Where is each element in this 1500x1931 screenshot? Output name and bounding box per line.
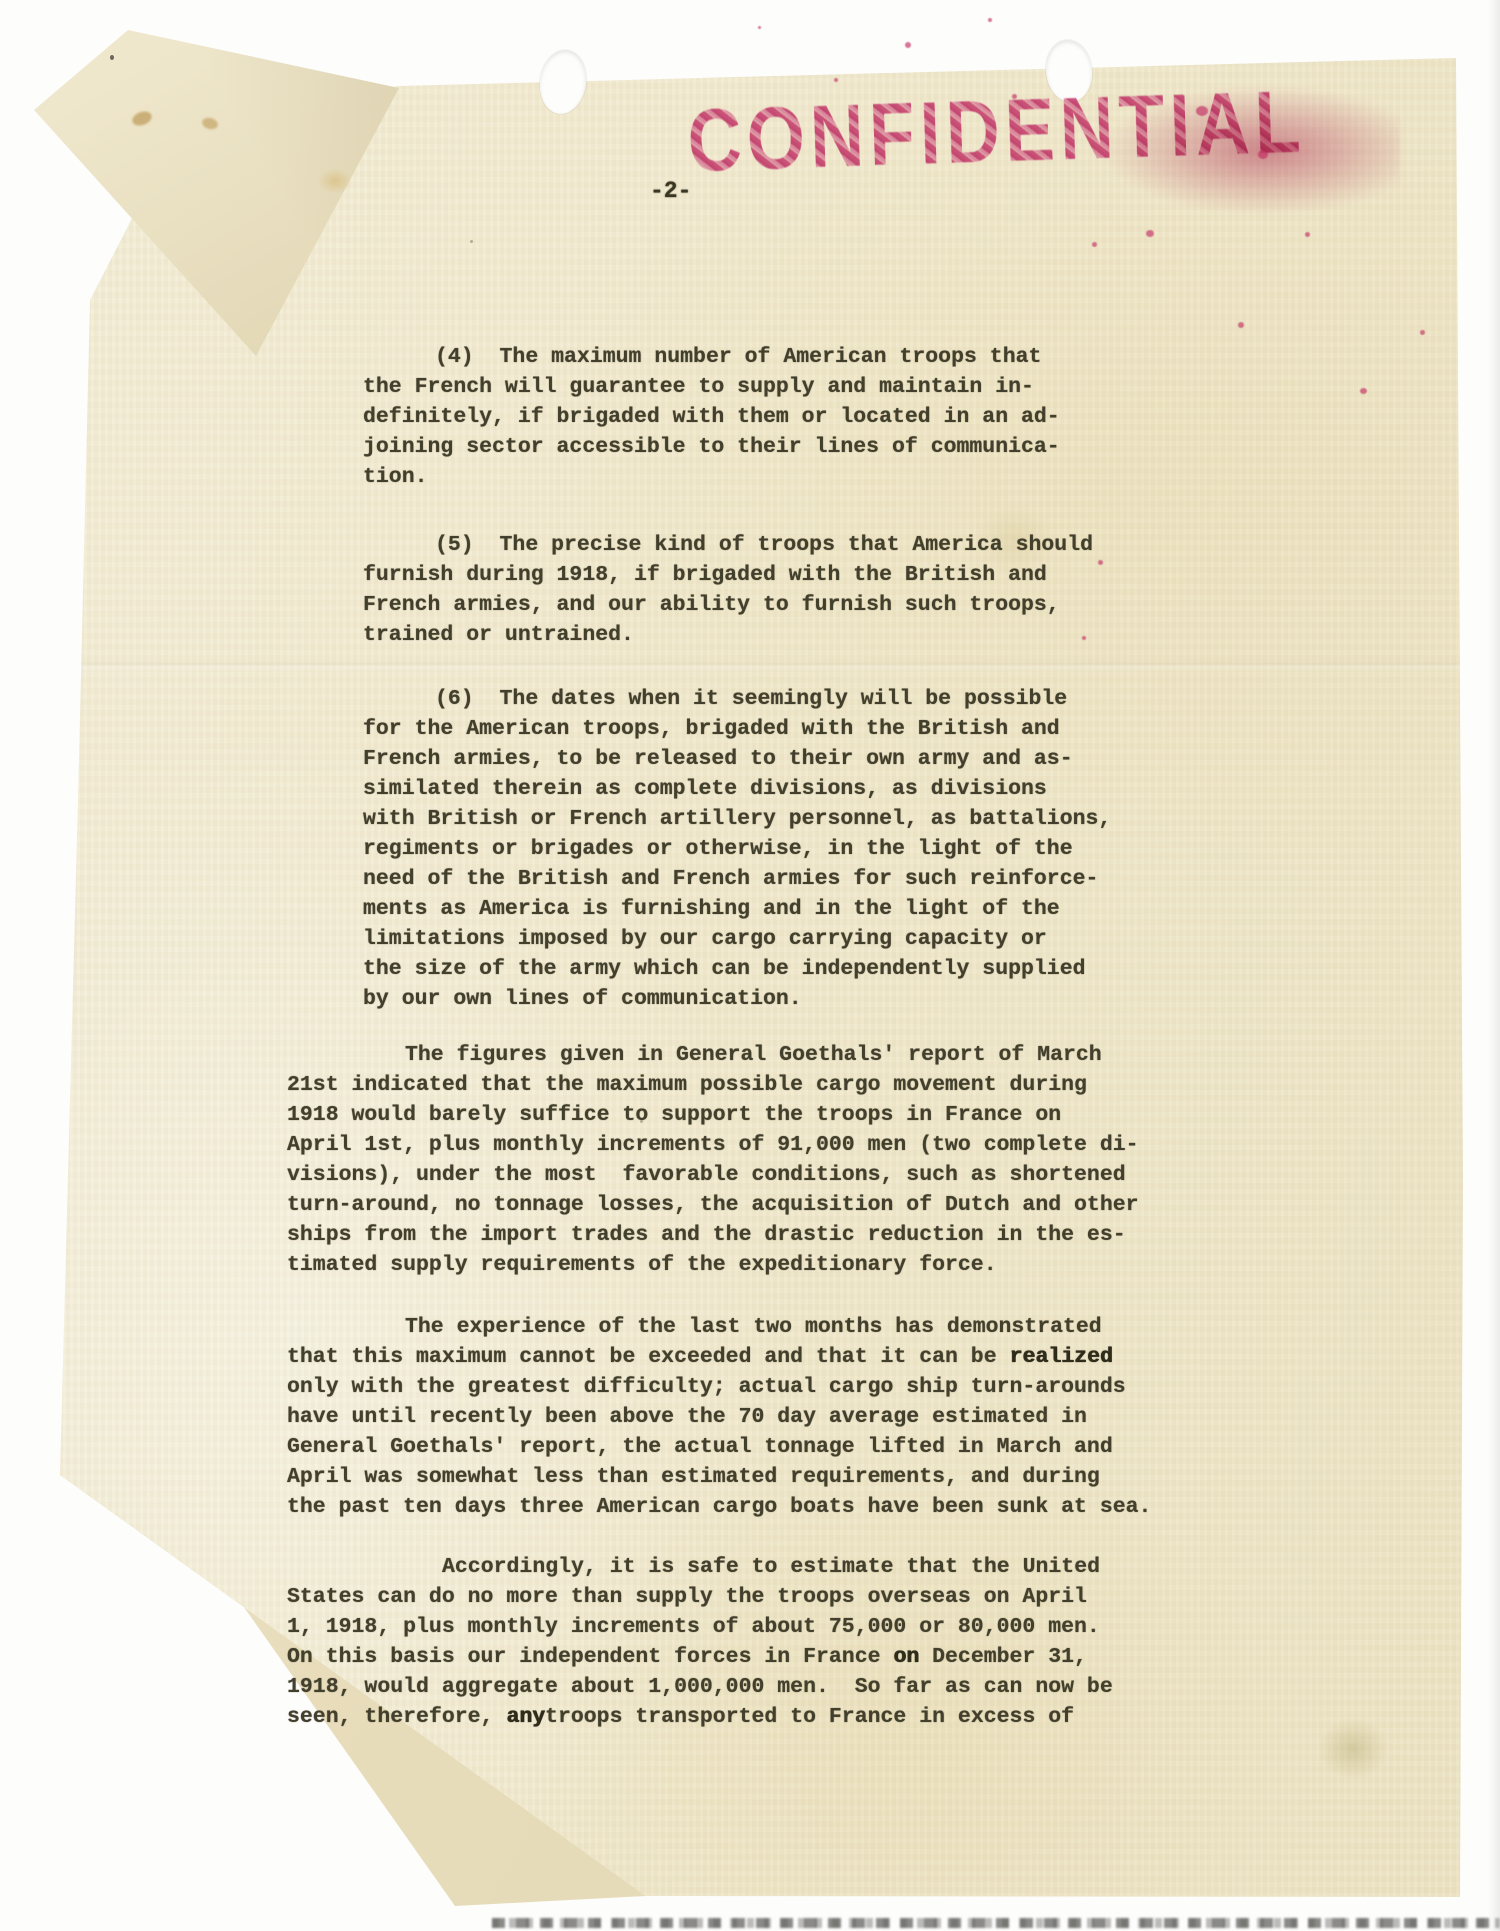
text-line: furnish during 1918, if brigaded with th… [363,560,1143,590]
paragraph-item-6: (6) The dates when it seemingly will be … [363,684,1143,1014]
text-line: French armies, to be released to their o… [363,744,1143,774]
text-line: April 1st, plus monthly increments of 91… [287,1130,1177,1160]
paragraph-item-5: (5) The precise kind of troops that Amer… [363,530,1143,650]
text-line: On this basis our independent forces in … [287,1642,1177,1672]
ink-splatter [1305,232,1310,237]
paragraph-item-4: (4) The maximum number of American troop… [363,342,1143,492]
paragraph-goethals-figures: The figures given in General Goethals' r… [287,1040,1177,1280]
ink-splatter [1082,636,1086,640]
text-line: limitations imposed by our cargo carryin… [363,924,1143,954]
text-line: need of the British and French armies fo… [363,864,1143,894]
text-line: (4) The maximum number of American troop… [363,342,1143,372]
text-line: General Goethals' report, the actual ton… [287,1432,1177,1462]
paragraph-accordingly: Accordingly, it is safe to estimate that… [287,1552,1177,1732]
text-line: for the American troops, brigaded with t… [363,714,1143,744]
text-line: timated supply requirements of the exped… [287,1250,1177,1280]
ink-splatter [905,42,911,48]
text-line: tion. [363,462,1143,492]
text-line: similated therein as complete divisions,… [363,774,1143,804]
scanned-document: -2- CONFIDENTIAL (4) The maximum number … [0,0,1500,1931]
text-line: Accordingly, it is safe to estimate that… [287,1552,1177,1582]
ink-splatter [1196,106,1208,116]
ink-splatter [1360,388,1367,394]
ink-splatter [1238,322,1244,328]
text-line: visions), under the most favorable condi… [287,1160,1177,1190]
text-line: the past ten days three American cargo b… [287,1492,1177,1522]
paragraph-experience: The experience of the last two months ha… [287,1312,1177,1522]
ink-splatter [1098,560,1103,565]
ink-splatter [834,78,838,82]
text-line: (6) The dates when it seemingly will be … [363,684,1143,714]
text-line: The experience of the last two months ha… [287,1312,1177,1342]
text-line: turn-around, no tonnage losses, the acqu… [287,1190,1177,1220]
text-line: ships from the import trades and the dra… [287,1220,1177,1250]
text-line: have until recently been above the 70 da… [287,1402,1177,1432]
text-line: April was somewhat less than estimated r… [287,1462,1177,1492]
ink-splatter [1146,230,1154,237]
text-line: the French will guarantee to supply and … [363,372,1143,402]
text-line: by our own lines of communication. [363,984,1143,1014]
text-line: (5) The precise kind of troops that Amer… [363,530,1143,560]
text-line: 21st indicated that the maximum possible… [287,1070,1177,1100]
next-page-text-edge [492,1918,1500,1928]
text-line: The figures given in General Goethals' r… [287,1040,1177,1070]
ink-splatter [1012,94,1017,99]
typewritten-body: (4) The maximum number of American troop… [0,0,1500,1931]
ink-splatter [1092,242,1097,247]
text-line: States can do no more than supply the tr… [287,1582,1177,1612]
stamp-ink-blotch [1100,85,1400,215]
text-line: only with the greatest difficulty; actua… [287,1372,1177,1402]
text-line: joining sector accessible to their lines… [363,432,1143,462]
text-line: 1, 1918, plus monthly increments of abou… [287,1612,1177,1642]
text-line: regiments or brigades or otherwise, in t… [363,834,1143,864]
text-line: trained or untrained. [363,620,1143,650]
ink-splatter [988,18,992,22]
text-line: 1918 would barely suffice to support the… [287,1100,1177,1130]
text-line: French armies, and our ability to furnis… [363,590,1143,620]
ink-splatter [758,26,761,29]
ink-splatter [1258,150,1268,159]
text-line: with British or French artillery personn… [363,804,1143,834]
text-line: ments as America is furnishing and in th… [363,894,1143,924]
text-line: seen, therefore, anytroops transported t… [287,1702,1177,1732]
text-line: that this maximum cannot be exceeded and… [287,1342,1177,1372]
ink-splatter [1420,330,1425,335]
text-line: 1918, would aggregate about 1,000,000 me… [287,1672,1177,1702]
text-line: definitely, if brigaded with them or loc… [363,402,1143,432]
text-line: the size of the army which can be indepe… [363,954,1143,984]
